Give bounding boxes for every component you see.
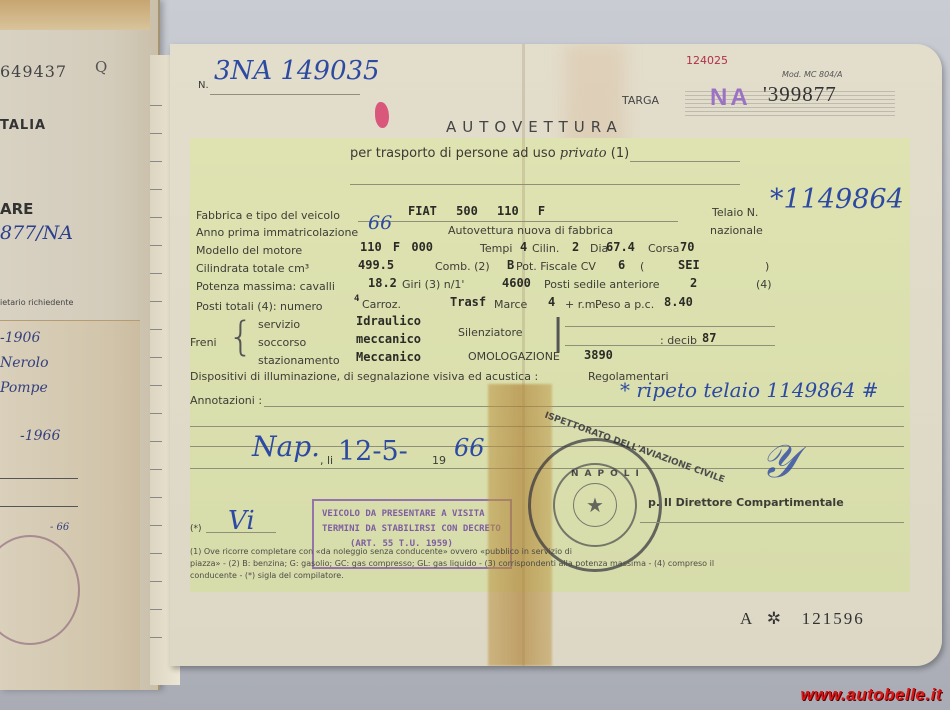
issue-year-prefix: 19 <box>432 454 446 467</box>
asterisk-icon: ✲ <box>767 609 783 628</box>
fuel-value: B <box>507 258 514 272</box>
left-page-handwriting: -1906 <box>0 330 40 346</box>
left-page-handwriting: Nerolo <box>0 355 49 371</box>
reverse-label: + r.m. <box>565 298 599 311</box>
left-page-handwriting: Pompe <box>0 380 48 396</box>
total-seats-value: 4 <box>354 294 359 304</box>
left-page-top-band <box>0 0 150 30</box>
issue-year-suffix: 66 <box>454 434 485 462</box>
silencer-label: Silenziatore <box>458 326 523 339</box>
manufacturer-label: Fabbrica e tipo del veicolo <box>196 209 340 222</box>
left-page-letter: Q <box>95 58 107 76</box>
decibel-value: 87 <box>702 331 716 345</box>
gears-value: 4 <box>548 295 555 309</box>
stroke-label: Corsa <box>648 242 679 255</box>
strokes-label: Tempi <box>480 242 512 255</box>
left-booklet-page: 649437 Q TALIA ARE 877/NA ietario richie… <box>0 0 160 690</box>
registration-document: N. 3NA 149035 124025 Mod. MC 804/A TARGA… <box>170 44 942 666</box>
max-power-value: 18.2 <box>368 276 397 290</box>
document-title: AUTOVETTURA <box>446 118 623 136</box>
front-seats-note: (4) <box>756 278 772 291</box>
issue-date: 12-5- <box>338 436 408 467</box>
left-page-rule <box>0 506 78 507</box>
weight-label: Peso a p.c. <box>595 298 654 311</box>
body-value: Trasf <box>450 295 486 309</box>
signature-label: p. Il Direttore Compartimentale <box>648 496 844 509</box>
document-subtitle: per trasporto di persone ad uso privato … <box>350 146 629 161</box>
fiscal-power-words: SEI <box>678 258 700 272</box>
model-code: Mod. MC 804/A <box>782 70 842 79</box>
plate-label: TARGA <box>622 94 659 107</box>
front-seats-value: 2 <box>690 276 697 290</box>
total-seats-label: Posti totali (4): numero <box>196 300 323 313</box>
engine-model-label: Modello del motore <box>196 244 302 257</box>
cylinders-label: Cilin. <box>532 242 559 255</box>
lighting-devices-label: Dispositivi di illuminazione, di segnala… <box>190 370 538 383</box>
first-registration-label: Anno prima immatricolazione <box>196 226 358 239</box>
star-emblem-icon: ★ <box>573 483 617 527</box>
left-page-handwriting: - 66 <box>50 522 69 533</box>
notes-value: * ripeto telaio 1149864 # <box>620 378 879 402</box>
footnote-line: piazza» - (2) B: benzina; G: gasolio; GC… <box>190 559 714 568</box>
left-page-handwriting: -1966 <box>20 428 60 444</box>
rpm-label: Giri (3) n/1' <box>402 278 464 291</box>
left-page-rule <box>0 478 78 479</box>
left-page-handwritten-ref: 877/NA <box>0 222 73 244</box>
issue-li: , li <box>320 454 333 467</box>
plate-province: NA <box>710 84 751 112</box>
bore-value: 67.4 <box>606 240 635 254</box>
compiler-mark: (*) <box>190 524 202 534</box>
service-brake-label: servizio <box>258 318 300 331</box>
left-page-country: TALIA <box>0 118 46 133</box>
document-number-label: N. <box>198 80 209 91</box>
left-page-number: 649437 <box>0 62 67 81</box>
national-label: nazionale <box>710 224 763 237</box>
strokes-value: 4 <box>520 240 527 254</box>
plate-number: '399877 <box>763 82 837 107</box>
decibel-label: : decib <box>660 334 697 347</box>
fiscal-power-label: Pot. Fiscale CV <box>516 260 596 273</box>
footnote-line: (1) Ove ricorre completare con «da noleg… <box>190 547 572 556</box>
parking-brake-value: Meccanico <box>356 350 421 364</box>
parking-brake-label: stazionamento <box>258 354 340 367</box>
footnote-line: conducente - (*) sigla del compilatore. <box>190 571 344 580</box>
engine-model-value: 110 F 000 <box>360 240 433 254</box>
body-label: Carroz. <box>362 298 401 311</box>
watermark-link[interactable]: www.autobelle.it <box>801 685 943 705</box>
director-signature: 𝒴 <box>760 434 796 490</box>
issue-place: Nap. <box>252 430 320 463</box>
displacement-label: Cilindrata totale cm³ <box>196 262 309 275</box>
left-page-label: ietario richiedente <box>0 298 73 307</box>
rpm-value: 4600 <box>502 276 531 290</box>
displacement-value: 499.5 <box>358 258 394 272</box>
emergency-brake-label: soccorso <box>258 336 306 349</box>
fuel-label: Comb. (2) <box>435 260 490 273</box>
homologation-label: OMOLOGAZIONE <box>468 350 560 363</box>
form-serial: A ✲ 121596 <box>740 609 865 629</box>
cylinders-value: 2 <box>572 240 579 254</box>
fiscal-power-value: 6 <box>618 258 625 272</box>
manufacturer-value: FIAT 500 110 F <box>408 204 545 218</box>
gears-label: Marce <box>494 298 527 311</box>
notes-label: Annotazioni : <box>190 394 262 407</box>
homologation-value: 3890 <box>584 348 613 362</box>
first-registration-value: 66 <box>368 212 392 234</box>
ink-mark <box>375 102 389 128</box>
stroke-value: 70 <box>680 240 694 254</box>
new-vehicle-label: Autovettura nuova di fabbrica <box>448 224 613 237</box>
red-annotation: 124025 <box>686 54 728 67</box>
chassis-label: Telaio N. <box>712 206 758 219</box>
document-number: 3NA 149035 <box>214 56 380 86</box>
emergency-brake-value: meccanico <box>356 332 421 346</box>
service-brake-value: Idraulico <box>356 314 421 328</box>
max-power-label: Potenza massima: cavalli <box>196 280 335 293</box>
left-page-heading: ARE <box>0 200 33 218</box>
front-seats-label: Posti sedile anteriore <box>544 278 660 291</box>
chassis-value: *1149864 <box>770 184 904 215</box>
brakes-label: Freni <box>190 336 217 349</box>
weight-value: 8.40 <box>664 295 693 309</box>
